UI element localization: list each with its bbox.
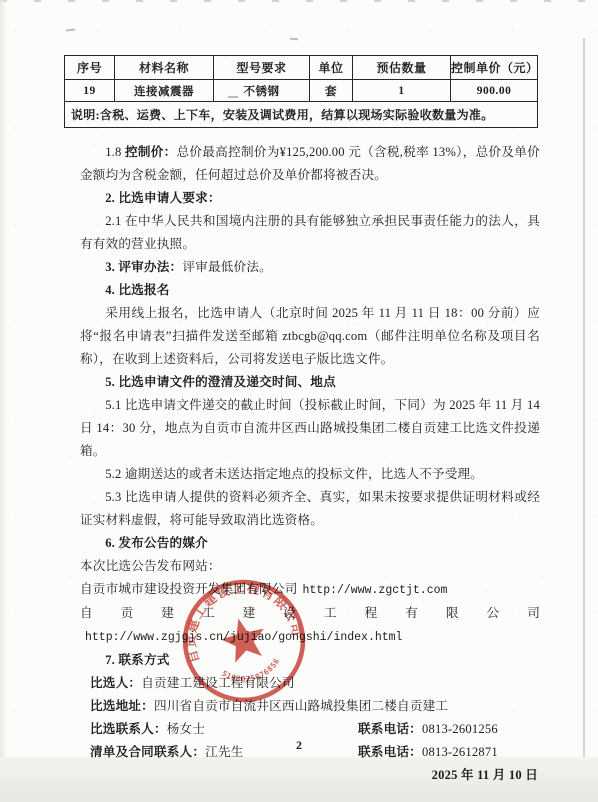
clause-number: 1.8 (105, 145, 125, 159)
table-header-row: 序号 材料名称 型号要求 单位 预估数量 控制单价（元） (65, 56, 538, 80)
heading-submission: 5. 比选申请文件的澄清及递交时间、地点 (80, 371, 540, 394)
page-number: 2 (0, 738, 598, 753)
table-row: 19 连接减震器 不锈钢 套 1 900.00 (65, 80, 538, 102)
cell-price: 900.00 (451, 80, 538, 102)
table-note-row: 说明:含税、运费、上下车，安装及调试费用，结算以现场实际验收数量为准。 (65, 102, 538, 128)
table-note: 说明:含税、运费、上下车，安装及调试费用，结算以现场实际验收数量为准。 (65, 102, 538, 128)
document-date: 2025 年 11 月 10 日 (80, 764, 540, 787)
scan-edge-top (0, 0, 598, 2)
col-header-material: 材料名称 (115, 56, 214, 80)
address-label: 比选地址： (90, 699, 154, 713)
para-control-price: 1.8 控制价：总价最高控制价为¥125,200.00 元（含税,税率 13%）… (80, 141, 540, 187)
document-page: 序号 材料名称 型号要求 单位 预估数量 控制单价（元） 19 连接减震器 不锈… (0, 0, 598, 802)
heading-applicant-requirements: 2. 比选申请人要求： (80, 187, 540, 210)
heading-review-method: 3. 评审办法： (105, 260, 182, 274)
phone1-value: 0813-2601256 (422, 722, 498, 736)
scan-speck (290, 38, 298, 41)
heading-registration: 4. 比选报名 (80, 279, 540, 302)
para-review-method: 3. 评审办法：评审最低价法。 (80, 256, 540, 279)
contact1-value: 杨女士 (167, 722, 205, 736)
para-2-1: 2.1 在中华人民共和国境内注册的具有能够独立承担民事责任能力的法人，具有有效的… (80, 210, 540, 256)
contact-address-row: 比选地址：四川省自贡市自流井区西山路城投集团二楼自贡建工 (80, 695, 540, 718)
col-header-qty: 预估数量 (353, 56, 451, 80)
website-line-1: 自贡市城市建设投资开发集团有限公司http://www.zgctjt.com (80, 578, 540, 602)
seal-serial-text: 5103025076856 (219, 655, 285, 690)
col-header-unit: 单位 (310, 56, 353, 80)
para-5-1: 5.1 比选申请文件递交的截止时间（投标截止时间，下同）为 2025 年 11 … (80, 394, 540, 463)
site2-name: 自贡建工建设工程有限公司 (80, 606, 540, 620)
cell-model: 不锈钢 (214, 80, 310, 102)
para-5-2: 5.2 逾期送达的或者未送达指定地点的投标文件，比选人不予受理。 (80, 463, 540, 486)
col-header-model: 型号要求 (214, 56, 310, 80)
cell-unit: 套 (310, 80, 353, 102)
clause-label: 控制价： (125, 145, 177, 159)
scan-edge-left (0, 0, 7, 802)
materials-table: 序号 材料名称 型号要求 单位 预估数量 控制单价（元） 19 连接减震器 不锈… (64, 55, 538, 128)
phone1-label: 联系电话： (358, 722, 422, 736)
seal-star-icon (217, 613, 270, 665)
col-header-price: 控制单价（元） (451, 56, 538, 80)
scan-edge-right (583, 38, 585, 760)
para-5-3: 5.3 比选申请人提供的资料必须齐全、真实，如果未按要求提供证明材料或经证实材料… (80, 486, 540, 532)
selector-label: 比选人： (90, 676, 141, 690)
para-registration: 采用线上报名，比选申请人（北京时间 2025 年 11 月 11 日 18：00… (80, 302, 540, 371)
cell-qty: 1 (353, 80, 451, 102)
para-websites-intro: 本次比选公告发布网站： (80, 555, 540, 578)
review-method-text: 评审最低价法。 (182, 260, 272, 274)
cell-seq: 19 (65, 80, 115, 102)
col-header-seq: 序号 (65, 56, 115, 80)
site1-url: http://www.zgctjt.com (303, 584, 448, 597)
heading-media: 6. 发布公告的媒介 (80, 532, 540, 555)
contact1-label: 比选联系人： (90, 722, 167, 736)
scan-speck (66, 28, 75, 31)
cell-material: 连接减震器 (115, 80, 214, 102)
